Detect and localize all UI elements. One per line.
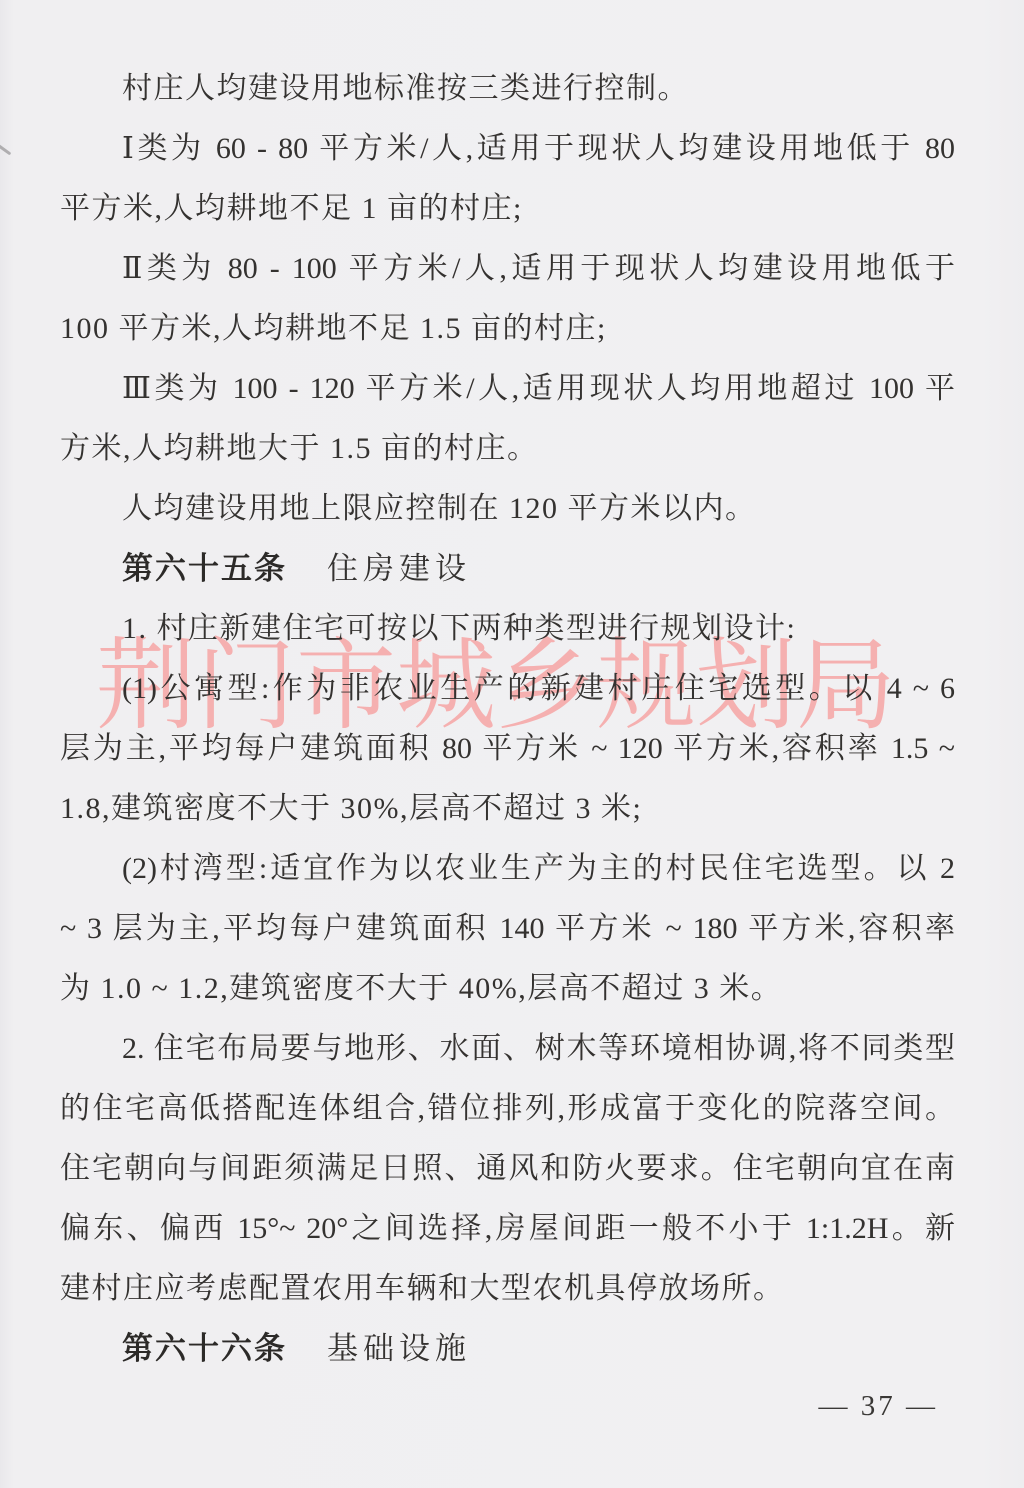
text-line: 村庄人均建设用地标准按三类进行控制。 bbox=[60, 59, 955, 119]
scanned-page: 荆门市城乡规划局 村庄人均建设用地标准按三类进行控制。Ⅰ类为 60 - 80 平… bbox=[0, 0, 1024, 1488]
page-number: — 37 — bbox=[819, 1388, 939, 1424]
article-number: 第六十六条 bbox=[122, 1331, 287, 1367]
article-title: 基础设施 bbox=[327, 1331, 471, 1366]
article-heading: 第六十六条基础设施 bbox=[60, 1319, 955, 1379]
text-line: 100 平方米,人均耕地不足 1.5 亩的村庄; bbox=[60, 299, 955, 359]
scan-artifact bbox=[0, 144, 11, 156]
text-line: 住宅朝向与间距须满足日照、通风和防火要求。住宅朝向宜在南 bbox=[60, 1139, 955, 1199]
document-content: 村庄人均建设用地标准按三类进行控制。Ⅰ类为 60 - 80 平方米/人,适用于现… bbox=[60, 59, 955, 1379]
article-title: 住房建设 bbox=[327, 551, 471, 586]
text-line: 2. 住宅布局要与地形、水面、树木等环境相协调,将不同类型 bbox=[60, 1019, 955, 1079]
text-line: 方米,人均耕地大于 1.5 亩的村庄。 bbox=[60, 419, 955, 479]
text-line: 层为主,平均每户建筑面积 80 平方米 ~ 120 平方米,容积率 1.5 ~ bbox=[60, 719, 955, 779]
text-line: 的住宅高低搭配连体组合,错位排列,形成富于变化的院落空间。 bbox=[60, 1079, 955, 1139]
text-line: 建村庄应考虑配置农用车辆和大型农机具停放场所。 bbox=[60, 1259, 955, 1319]
text-line: Ⅲ类为 100 - 120 平方米/人,适用现状人均用地超过 100 平 bbox=[60, 359, 955, 419]
text-line: 人均建设用地上限应控制在 120 平方米以内。 bbox=[60, 479, 955, 539]
article-number: 第六十五条 bbox=[122, 551, 287, 587]
text-line: Ⅱ类为 80 - 100 平方米/人,适用于现状人均建设用地低于 bbox=[60, 239, 955, 299]
text-line: (2)村湾型:适宜作为以农业生产为主的村民住宅选型。以 2 bbox=[60, 839, 955, 899]
text-line: 为 1.0 ~ 1.2,建筑密度不大于 40%,层高不超过 3 米。 bbox=[60, 959, 955, 1019]
text-line: Ⅰ类为 60 - 80 平方米/人,适用于现状人均建设用地低于 80 bbox=[60, 119, 955, 179]
text-line: 1. 村庄新建住宅可按以下两种类型进行规划设计: bbox=[60, 599, 955, 659]
text-line: 平方米,人均耕地不足 1 亩的村庄; bbox=[60, 179, 955, 239]
article-heading: 第六十五条住房建设 bbox=[60, 539, 955, 599]
text-line: (1)公寓型:作为非农业生产的新建村庄住宅选型。以 4 ~ 6 bbox=[60, 659, 955, 719]
text-line: 1.8,建筑密度不大于 30%,层高不超过 3 米; bbox=[60, 779, 955, 839]
text-line: 偏东、偏西 15°~ 20°之间选择,房屋间距一般不小于 1:1.2H。新 bbox=[60, 1199, 955, 1259]
text-line: ~ 3 层为主,平均每户建筑面积 140 平方米 ~ 180 平方米,容积率 bbox=[60, 899, 955, 959]
